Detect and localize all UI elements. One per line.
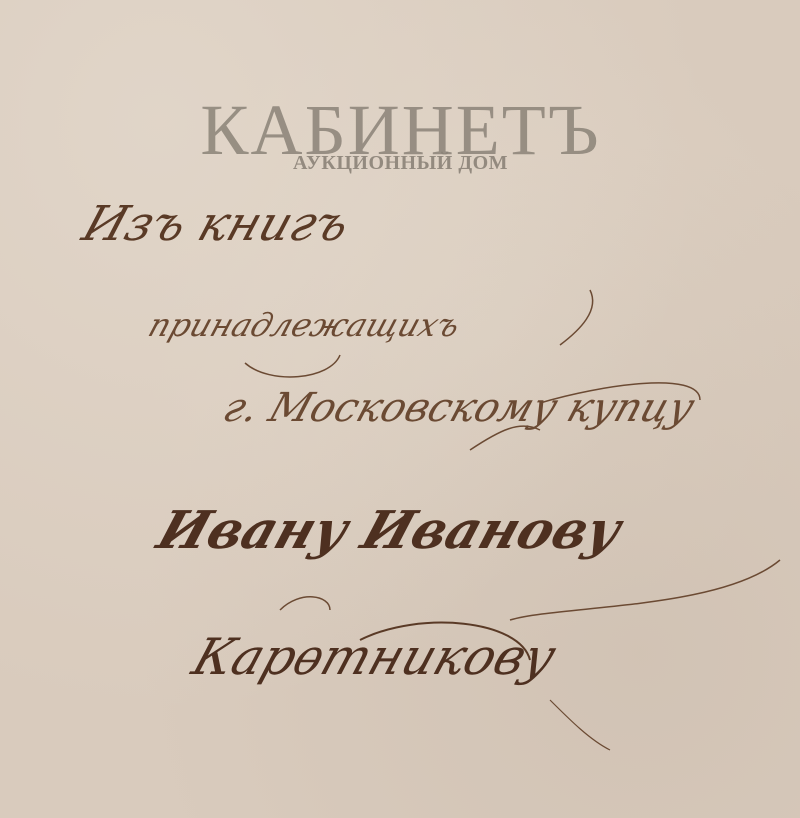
manuscript-line-4: Ивану Иванову: [150, 500, 629, 561]
manuscript-line-3: г. Московскому купцу: [218, 385, 701, 431]
manuscript-line-5: Карѳтникову: [186, 628, 564, 686]
manuscript-line-2: принадлежащихъ: [144, 306, 465, 344]
manuscript-line-1: Изъ книгъ: [76, 196, 357, 252]
